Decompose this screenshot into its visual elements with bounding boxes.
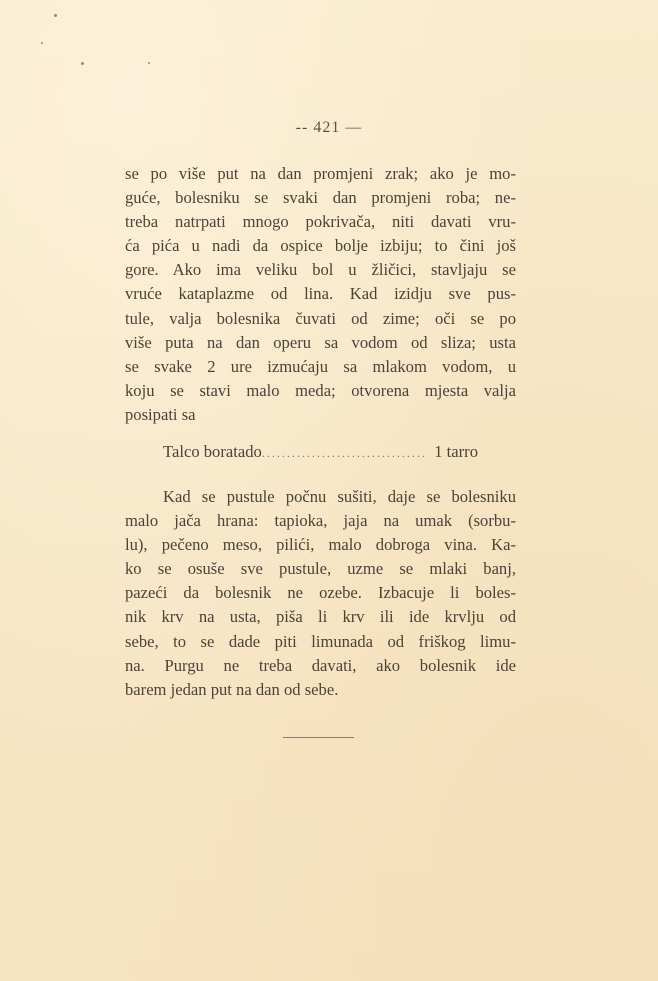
text-line: malo jača hrana: tapioka, jaja na umak (… — [125, 509, 516, 533]
scanned-page: -- 421 — se po više put na dan promjeni … — [0, 0, 658, 981]
recipe-line: Talco boratado .........................… — [163, 440, 478, 465]
text-line: se po više put na dan promjeni zrak; ako… — [125, 162, 516, 186]
text-line: posipati sa — [125, 403, 516, 427]
paragraph-2: Kad se pustule počnu sušiti, daje se bol… — [125, 485, 516, 702]
recipe-quantity: 1 tarro — [434, 440, 478, 464]
text-line: treba natrpati mnogo pokrivača, niti dav… — [125, 210, 516, 234]
paper-speck — [81, 62, 84, 65]
text-line: više puta na dan operu sa vodom od sliza… — [125, 331, 516, 355]
section-end-rule — [283, 737, 354, 738]
paper-speck — [148, 62, 150, 64]
text-line: pazeći da bolesnik ne ozebe. Izbacuje li… — [125, 581, 516, 605]
text-line: tule, valja bolesnika čuvati od zime; oč… — [125, 307, 516, 331]
paper-speck — [54, 14, 57, 17]
paragraph-1: se po više put na dan promjeni zrak; ako… — [125, 162, 516, 427]
text-line: se svake 2 ure izmućaju sa mlakom vodom,… — [125, 355, 516, 379]
text-line: lu), pečeno meso, pilići, malo dobroga v… — [125, 533, 516, 557]
text-line: ća pića u nadi da ospice bolje izbiju; t… — [125, 234, 516, 258]
text-line: nik krv na usta, piša li krv ili ide krv… — [125, 605, 516, 629]
text-line: ko se osuše sve pustule, uzme se mlaki b… — [125, 557, 516, 581]
text-line: gore. Ako ima veliku bol u žličici, stav… — [125, 258, 516, 282]
text-line: na. Purgu ne treba davati, ako bolesnik … — [125, 654, 516, 678]
text-line: vruće kataplazme od lina. Kad izidju sve… — [125, 282, 516, 306]
page-number: -- 421 — — [0, 119, 658, 137]
paper-speck — [41, 42, 43, 44]
recipe-ingredient: Talco boratado — [163, 440, 262, 464]
text-line: Kad se pustule počnu sušiti, daje se bol… — [125, 485, 516, 509]
text-line: sebe, to se dade piti limunada od friško… — [125, 630, 516, 654]
dot-leader: ........................................… — [262, 441, 428, 465]
text-line: guće, bolesniku se svaki dan promjeni ro… — [125, 186, 516, 210]
text-line: koju se stavi malo meda; otvorena mjesta… — [125, 379, 516, 403]
text-line: barem jedan put na dan od sebe. — [125, 678, 516, 702]
